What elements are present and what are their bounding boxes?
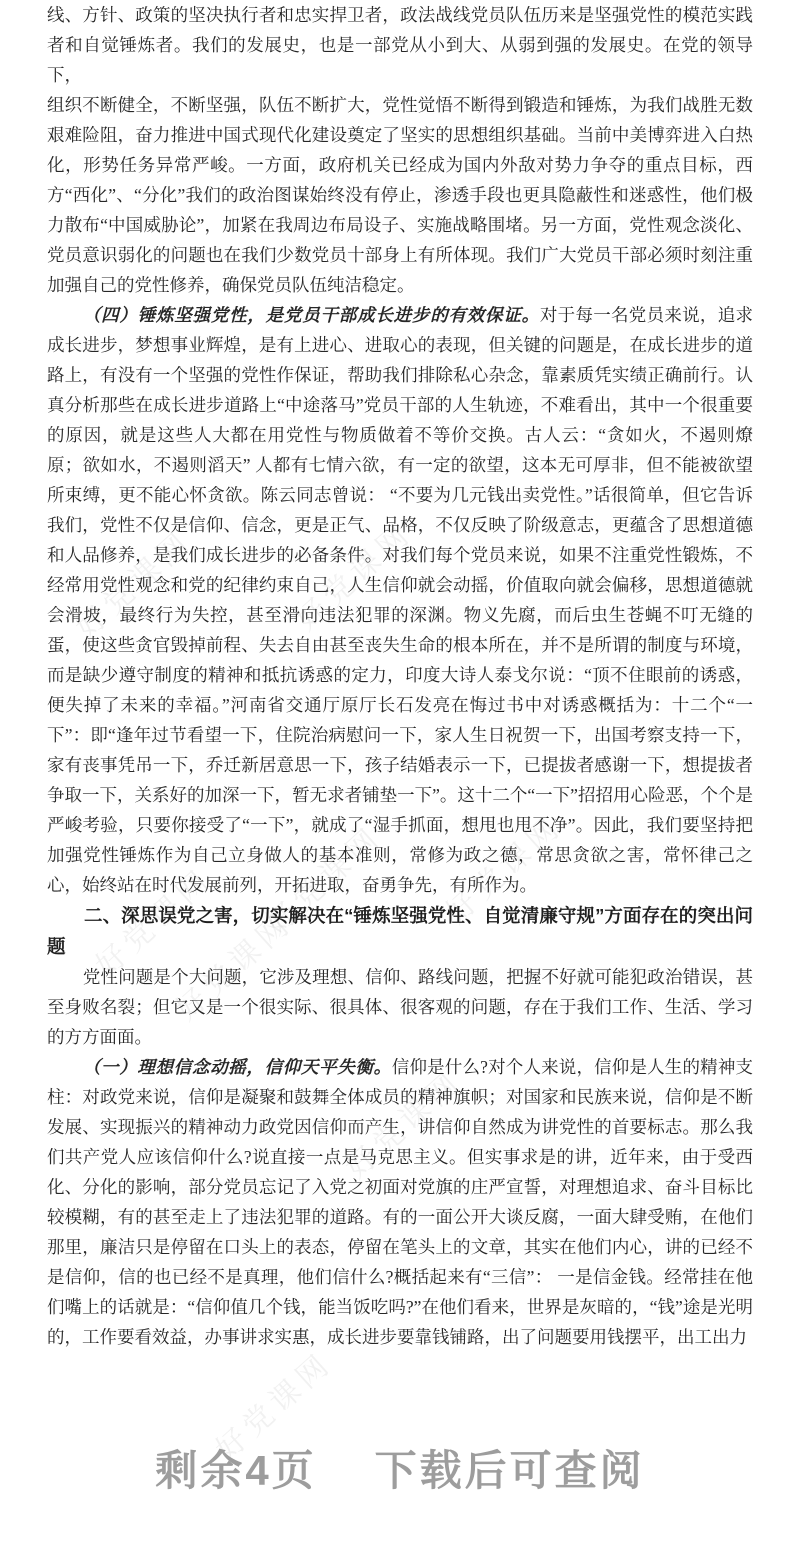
paragraph-continuation-top: 线、方针、政策的坚决执行者和忠实捍卫者，政法战线党员队伍历来是坚强党性的模范实践… [47,0,753,90]
paragraph-text: 组织不断健全，不断坚强，队伍不断扩大，党性觉悟不断得到锻造和锤炼，为我们战胜无数… [47,95,753,295]
subheading-four: （四）锤炼坚强党性，是党员干部成长进步的有效保证。 [83,305,540,325]
document-page: 线、方针、政策的坚决执行者和忠实捍卫者，政法战线党员队伍历来是坚强党性的模范实践… [0,0,800,1352]
paragraph-one-belief: （一）理想信念动摇，信仰天平失衡。信仰是什么?对个人来说，信仰是人生的精神支柱：… [47,1052,753,1352]
paragraph-text: 线、方针、政策的坚决执行者和忠实捍卫者，政法战线党员队伍历来是坚强党性的模范实践… [47,5,753,85]
download-hint-label: 下载后可查阅 [375,1447,645,1494]
paragraph-text: 信仰是什么?对个人来说，信仰是人生的精神支柱：对政党来说，信仰是凝聚和鼓舞全体成… [47,1057,753,1347]
remaining-pages-banner: 剩余4页下载后可查阅 [0,1438,800,1498]
paragraph-party-spirit-issue: 党性问题是个大问题，它涉及理想、信仰、路线问题，把握不好就可能犯政治错误，甚至身… [47,962,753,1052]
paragraph-four-tempering: （四）锤炼坚强党性，是党员干部成长进步的有效保证。对于每一名党员来说，追求成长进… [47,300,753,900]
remaining-pages-label: 剩余4页 [155,1447,316,1494]
paragraph-organization: 组织不断健全，不断坚强，队伍不断扩大，党性觉悟不断得到锻造和锤炼，为我们战胜无数… [47,90,753,300]
subheading-one: （一）理想信念动摇，信仰天平失衡。 [83,1057,392,1077]
paragraph-text: 党性问题是个大问题，它涉及理想、信仰、路线问题，把握不好就可能犯政治错误，甚至身… [47,967,753,1047]
section-two-heading: 二、深思误党之害，切实解决在“锤炼坚强党性、自觉清廉守规”方面存在的突出问题 [47,900,753,962]
paragraph-text: 对于每一名党员来说，追求成长进步，梦想事业辉煌，是有上进心、进取心的表现，但关键… [47,305,753,895]
